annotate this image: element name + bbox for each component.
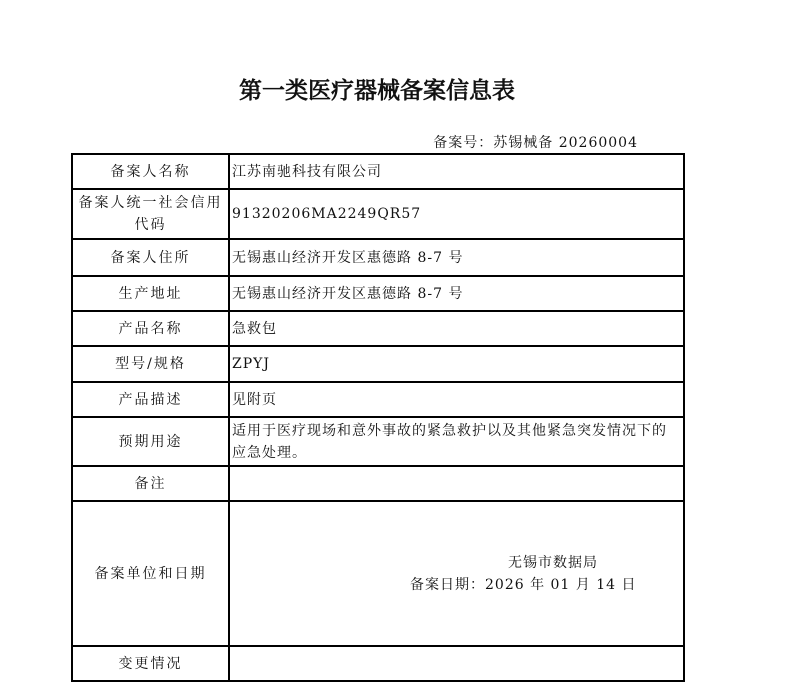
table-row: 备案人住所 无锡惠山经济开发区惠德路 8-7 号: [72, 239, 684, 276]
row-label: 产品名称: [72, 311, 229, 346]
table-row: 预期用途 适用于医疗现场和意外事故的紧急救护以及其他紧急突发情况下的应急处理。: [72, 417, 684, 466]
row-label: 型号/规格: [72, 346, 229, 382]
record-number: 备案号：苏锡械备 20260004: [433, 132, 638, 152]
row-label: 备案人名称: [72, 154, 229, 189]
row-label: 预期用途: [72, 417, 229, 466]
row-value: 91320206MA2249QR57: [229, 189, 684, 239]
table-row: 备注: [72, 466, 684, 501]
table-row: 产品名称 急救包: [72, 311, 684, 346]
row-value: ZPYJ: [229, 346, 684, 382]
row-value: 见附页: [229, 382, 684, 417]
row-value: 急救包: [229, 311, 684, 346]
filing-organization: 无锡市数据局: [410, 552, 681, 574]
row-value: [229, 466, 684, 501]
table-row: 产品描述 见附页: [72, 382, 684, 417]
row-value: 适用于医疗现场和意外事故的紧急救护以及其他紧急突发情况下的应急处理。: [229, 417, 684, 466]
row-label: 生产地址: [72, 276, 229, 311]
row-value: [229, 646, 684, 681]
row-label: 产品描述: [72, 382, 229, 417]
record-number-label: 备案号：: [433, 135, 493, 151]
row-value: 江苏南驰科技有限公司: [229, 154, 684, 189]
row-label: 备注: [72, 466, 229, 501]
table-row: 生产地址 无锡惠山经济开发区惠德路 8-7 号: [72, 276, 684, 311]
table-row: 变更情况: [72, 646, 684, 681]
row-value: 无锡惠山经济开发区惠德路 8-7 号: [229, 239, 684, 276]
table-row: 备案单位和日期 无锡市数据局 备案日期：2026 年 01 月 14 日: [72, 501, 684, 646]
table-row: 备案人统一社会信用代码 91320206MA2249QR57: [72, 189, 684, 239]
table-row: 型号/规格 ZPYJ: [72, 346, 684, 382]
filing-date: 备案日期：2026 年 01 月 14 日: [410, 577, 637, 593]
record-info-table: 备案人名称 江苏南驰科技有限公司 备案人统一社会信用代码 91320206MA2…: [71, 153, 685, 682]
table-row: 备案人名称 江苏南驰科技有限公司: [72, 154, 684, 189]
filing-unit-and-date: 无锡市数据局 备案日期：2026 年 01 月 14 日: [229, 501, 684, 646]
row-label: 变更情况: [72, 646, 229, 681]
row-label: 备案人统一社会信用代码: [72, 189, 229, 239]
row-value: 无锡惠山经济开发区惠德路 8-7 号: [229, 276, 684, 311]
record-number-value: 苏锡械备 20260004: [493, 135, 638, 151]
page-title: 第一类医疗器械备案信息表: [0, 72, 754, 105]
row-label: 备案单位和日期: [72, 501, 229, 646]
row-label: 备案人住所: [72, 239, 229, 276]
